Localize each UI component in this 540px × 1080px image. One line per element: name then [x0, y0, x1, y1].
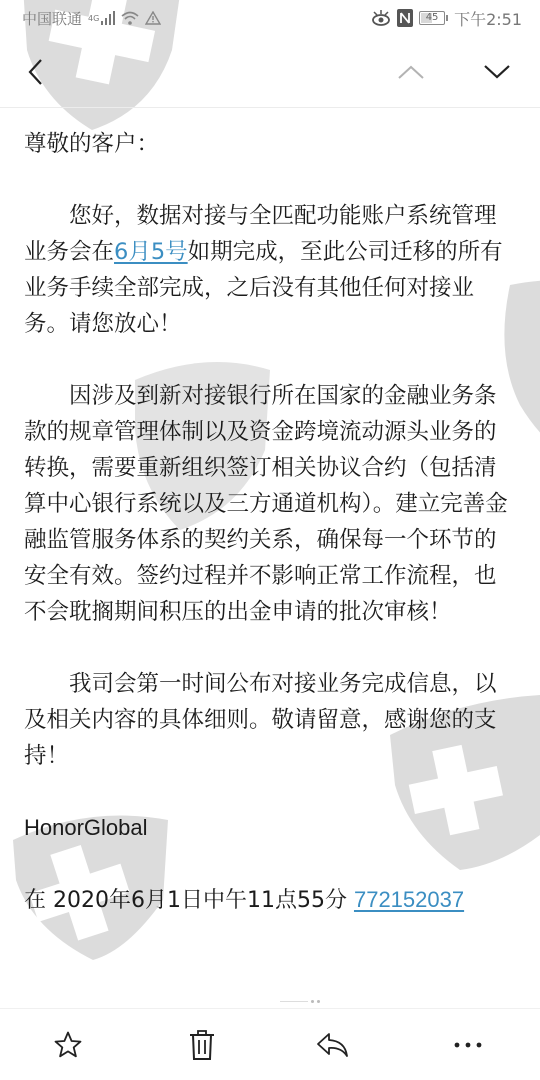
clock: 下午2:51 — [454, 7, 522, 30]
reply-icon — [316, 1031, 350, 1059]
email-body: 尊敬的客户： 您好，数据对接与全匹配功能账户系统管理业务会在6月5号如期完成，至… — [0, 108, 540, 993]
email-paragraph-2: 因涉及到新对接银行所在国家的金融业务条款的规章管理体制以及资金跨境流动源头业务的… — [24, 378, 516, 630]
drag-handle[interactable] — [280, 1000, 320, 1003]
status-bar: 中国联通 4G 45 下午2:51 — [0, 0, 540, 36]
carrier-label: 中国联通 — [22, 8, 82, 29]
next-email-button[interactable] — [479, 54, 515, 90]
date-link[interactable]: 6月5号 — [114, 239, 188, 265]
wifi-icon — [121, 11, 139, 25]
email-detail-screen: 中国联通 4G 45 下午2:51 — [0, 0, 540, 1080]
previous-email-button[interactable] — [393, 54, 429, 90]
sent-time: 在 2020年6月1日中午11点55分 — [24, 888, 354, 913]
status-left: 中国联通 4G — [22, 8, 161, 29]
eye-icon — [371, 10, 391, 26]
chevron-up-icon — [397, 64, 425, 80]
status-right: 45 下午2:51 — [371, 7, 522, 30]
star-button[interactable] — [48, 1025, 88, 1065]
battery-level: 45 — [419, 11, 445, 25]
battery-icon: 45 — [419, 11, 448, 25]
reply-button[interactable] — [313, 1025, 353, 1065]
signal-icon — [101, 11, 115, 25]
delete-button[interactable] — [182, 1025, 222, 1065]
star-icon — [53, 1030, 83, 1060]
network-type: 4G — [88, 14, 99, 23]
bottom-toolbar — [0, 1008, 540, 1080]
email-paragraph-1: 您好，数据对接与全匹配功能账户系统管理业务会在6月5号如期完成，至此公司迁移的所… — [24, 198, 516, 342]
more-icon — [453, 1041, 483, 1049]
trash-icon — [189, 1029, 215, 1061]
sender-number-link[interactable]: 772152037 — [354, 887, 464, 912]
email-signature: HonorGlobal — [24, 810, 516, 846]
more-button[interactable] — [448, 1025, 488, 1065]
warning-icon — [145, 11, 161, 25]
nfc-icon — [397, 9, 413, 27]
chevron-left-icon — [27, 58, 45, 86]
email-paragraph-3: 我司会第一时间公布对接业务完成信息，以及相关内容的具体细则。敬请留意，感谢您的支… — [24, 666, 516, 774]
sent-info: 在 2020年6月1日中午11点55分 772152037 — [24, 882, 516, 919]
back-button[interactable] — [18, 54, 54, 90]
email-greeting: 尊敬的客户： — [24, 126, 516, 162]
chevron-down-icon — [483, 64, 511, 80]
top-nav — [0, 36, 540, 108]
